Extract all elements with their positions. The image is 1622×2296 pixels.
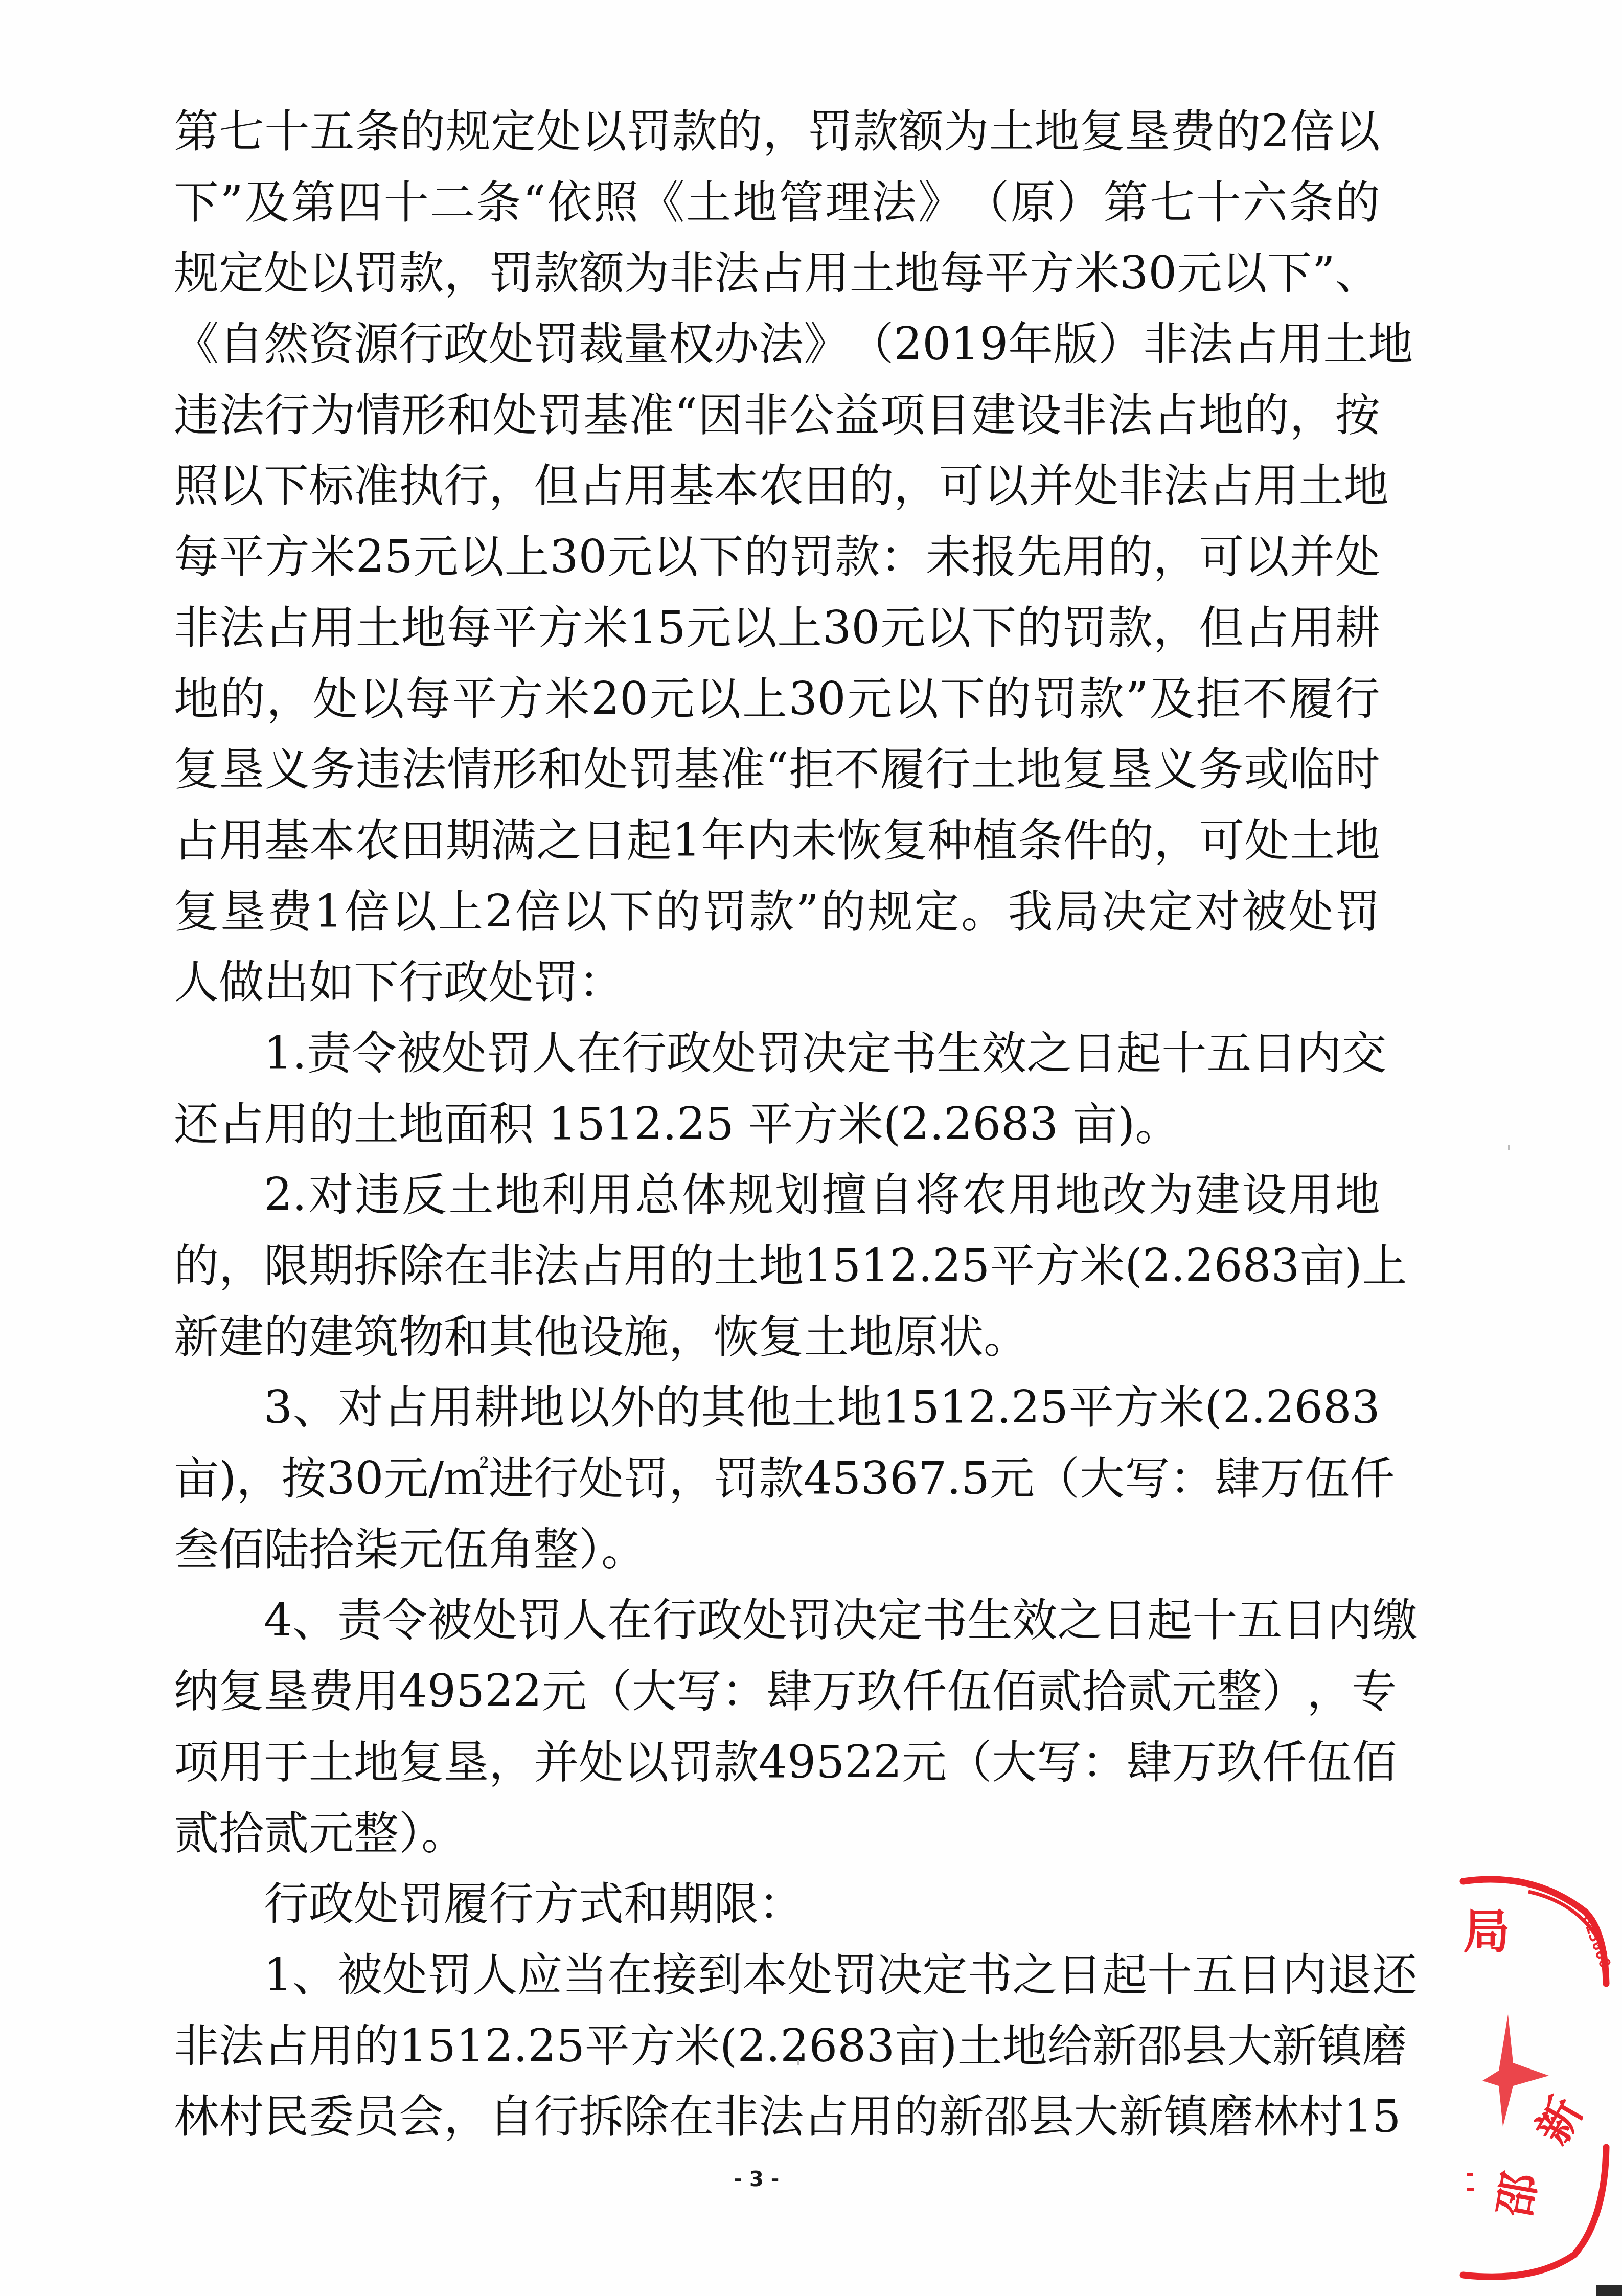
text-glyph: 用 xyxy=(310,593,355,664)
text-glyph: 林 xyxy=(1253,2081,1298,2152)
text-glyph: 每 xyxy=(405,664,450,735)
text-glyph: 2.2683 xyxy=(737,2011,895,2082)
text-glyph: 用 xyxy=(1062,521,1107,593)
text-glyph: 的 xyxy=(220,664,265,735)
text-glyph: 罚 xyxy=(702,876,747,947)
text-line: 第七十五条的规定处以罚款的，罚款额为土地复垦费的2倍以 xyxy=(174,96,1380,167)
text-glyph: 以 xyxy=(732,593,776,664)
text-glyph: 米 xyxy=(1075,238,1120,309)
text-glyph: 十 xyxy=(1147,1940,1192,2011)
text-glyph: 用 xyxy=(805,238,850,309)
text-glyph: 日 xyxy=(1282,1585,1327,1656)
text-glyph: 处 xyxy=(742,1585,787,1656)
text-glyph: 之 xyxy=(1026,1018,1071,1089)
text-glyph: 米 xyxy=(1080,1231,1125,1302)
text-glyph: 益 xyxy=(834,380,879,451)
text-glyph: 基 xyxy=(583,380,628,451)
text-glyph: 地 xyxy=(519,1372,564,1443)
text-glyph: 的 xyxy=(655,1372,700,1443)
text-glyph: 款 xyxy=(749,876,794,947)
text-glyph: 形 xyxy=(401,380,446,451)
text-glyph: 占 xyxy=(579,1231,624,1302)
text-glyph: ” xyxy=(1312,238,1335,309)
text-glyph: 或 xyxy=(1244,734,1289,805)
text-glyph: 地 xyxy=(1002,2011,1047,2082)
text-glyph: 准 xyxy=(354,450,399,521)
text-glyph: 政 xyxy=(667,1018,712,1089)
text-glyph: 用 xyxy=(1290,593,1335,664)
seal-char-xin: 新 xyxy=(1527,2089,1593,2152)
text-glyph: 地 xyxy=(895,238,940,309)
text-glyph: 款 xyxy=(759,1443,804,1514)
text-glyph: 原 xyxy=(1011,167,1056,238)
text-glyph: ， xyxy=(1290,380,1335,451)
text-glyph: ： xyxy=(1082,1727,1127,1798)
text-glyph: 公 xyxy=(789,380,834,451)
text-glyph: 准 xyxy=(629,380,674,451)
text-line: 照以下标准执行，但占用基本农田的，可以并处非法占用土地 xyxy=(174,450,1380,521)
text-glyph: 不 xyxy=(1242,664,1287,735)
text-glyph: 土 xyxy=(1290,805,1335,876)
text-glyph: 但 xyxy=(534,450,579,521)
text-glyph: 伍 xyxy=(947,1656,992,1727)
text-glyph: 处 xyxy=(536,96,581,167)
text-glyph: 3 xyxy=(264,1372,292,1443)
text-glyph: 处 xyxy=(579,1727,624,1798)
text-glyph: 方 xyxy=(498,664,543,735)
text-glyph: 罚 xyxy=(489,238,534,309)
text-glyph: 拆 xyxy=(354,1231,399,1302)
text-glyph: 资 xyxy=(309,309,354,380)
text-glyph: 设 xyxy=(1017,380,1062,451)
text-glyph: 30 xyxy=(789,664,846,735)
text-glyph: 法 xyxy=(219,593,264,664)
text-glyph: 定 xyxy=(491,96,536,167)
text-glyph: 下 xyxy=(264,450,309,521)
text-glyph: 法 xyxy=(759,2081,804,2152)
text-line: 占用基本农田期满之日起1年内未恢复种植条件的，可处土地 xyxy=(174,805,1380,876)
text-glyph: 应 xyxy=(517,1940,562,2011)
text-glyph: 罚 xyxy=(787,1585,832,1656)
text-glyph: 额 xyxy=(899,96,944,167)
text-glyph: 的 xyxy=(1108,521,1153,593)
text-glyph: 给 xyxy=(1047,2011,1092,2082)
text-glyph: 第 xyxy=(174,96,219,167)
text-glyph: 占 xyxy=(579,450,624,521)
text-glyph: 地 xyxy=(495,1160,540,1231)
text-glyph: 2 xyxy=(1261,96,1290,167)
text-glyph: 处 xyxy=(1073,450,1118,521)
text-glyph: 的 xyxy=(820,876,865,947)
text-glyph: 下 xyxy=(1267,238,1312,309)
text-glyph: 以 xyxy=(219,450,264,521)
text-glyph: 罚 xyxy=(789,521,834,593)
text-glyph: 行 xyxy=(622,1018,667,1089)
text-glyph: 平 xyxy=(219,521,264,593)
text-glyph: 农 xyxy=(962,1160,1007,1231)
text-glyph: 日 xyxy=(1251,1018,1296,1089)
text-glyph: 地 xyxy=(759,1231,804,1302)
text-glyph: 决 xyxy=(832,1585,877,1656)
text-glyph: 仟 xyxy=(1350,1443,1395,1514)
text-glyph: 耕 xyxy=(1335,593,1380,664)
text-glyph: 平 xyxy=(452,664,497,735)
text-glyph: 村 xyxy=(219,2081,264,2152)
text-glyph: 基 xyxy=(669,450,714,521)
text-glyph: 用 xyxy=(429,1372,474,1443)
document-page: 第七十五条的规定处以罚款的，罚款额为土地复垦费的2倍以下”及第四十二条“依照《土… xyxy=(0,0,1622,2296)
text-glyph: 非 xyxy=(743,380,788,451)
scan-speck xyxy=(797,2060,799,2065)
text-glyph: 可 xyxy=(1199,521,1244,593)
text-glyph: 处 xyxy=(442,1018,487,1089)
text-glyph: 违 xyxy=(174,380,219,451)
text-glyph: 以 xyxy=(1244,521,1289,593)
text-glyph: 本 xyxy=(742,1940,787,2011)
text-glyph: 人 xyxy=(532,1018,577,1089)
text-glyph: 日 xyxy=(1102,1585,1147,1656)
text-glyph: 自 xyxy=(869,1160,913,1231)
text-glyph: 以 xyxy=(309,238,354,309)
text-glyph: 新 xyxy=(1272,2011,1317,2082)
text-glyph: 25 xyxy=(356,521,413,593)
text-glyph: 地 xyxy=(733,167,778,238)
text-glyph: 项 xyxy=(880,380,925,451)
text-glyph: 49522 xyxy=(399,1656,542,1727)
text-glyph: 处 xyxy=(579,1443,624,1514)
text-glyph: 定 xyxy=(914,876,959,947)
text-glyph: 地 xyxy=(1017,734,1062,805)
text-glyph: ( xyxy=(1205,1372,1222,1443)
text-glyph: 法 xyxy=(219,2011,264,2082)
text-glyph: 1. xyxy=(264,1018,307,1089)
text-glyph: 会 xyxy=(399,2081,444,2152)
text-glyph: 体 xyxy=(682,1160,727,1231)
text-glyph: 款 xyxy=(672,96,717,167)
text-glyph: 行 xyxy=(1335,664,1380,735)
text-glyph: 30 xyxy=(823,593,880,664)
text-glyph: 务 xyxy=(310,734,355,805)
text-glyph: 定 xyxy=(922,1940,967,2011)
text-glyph: 第 xyxy=(1103,167,1148,238)
text-glyph: 令 xyxy=(352,1018,397,1089)
text-glyph: 自 xyxy=(489,2081,534,2152)
text-glyph: 非 xyxy=(1118,450,1163,521)
text-glyph: ， xyxy=(1154,805,1199,876)
text-glyph: 用 xyxy=(1253,450,1298,521)
text-glyph: （ xyxy=(1035,1443,1080,1514)
text-glyph: ， xyxy=(219,1231,264,1302)
text-glyph: 款 xyxy=(1108,593,1153,664)
text-glyph: 以 xyxy=(624,1727,669,1798)
text-glyph: 方 xyxy=(630,2011,675,2082)
text-glyph: 生 xyxy=(936,1018,981,1089)
text-glyph: 方 xyxy=(265,521,310,593)
text-glyph: 邵 xyxy=(1137,2011,1182,2082)
text-glyph: 规 xyxy=(867,876,912,947)
text-glyph: 县 xyxy=(1029,2081,1073,2152)
text-glyph: 大 xyxy=(1080,1443,1125,1514)
text-glyph: 义 xyxy=(265,734,310,805)
text-glyph: 土 xyxy=(1298,450,1343,521)
text-glyph: 新 xyxy=(939,2081,984,2152)
text-glyph: 佰 xyxy=(1352,1727,1397,1798)
text-glyph: 的 xyxy=(655,876,700,947)
text-glyph: 罚 xyxy=(757,1018,802,1089)
text-glyph: 建 xyxy=(1195,1160,1240,1231)
text-glyph: 但 xyxy=(1199,593,1244,664)
text-glyph: 肆 xyxy=(1215,1443,1260,1514)
text-glyph: 地 xyxy=(1199,380,1244,451)
text-glyph: 处 xyxy=(787,1940,832,2011)
text-line: 1、被处罚人应当在接到本处罚决定书之日起十五日内退还 xyxy=(174,1940,1380,2011)
text-glyph: 和 xyxy=(447,380,492,451)
text-glyph: 年 xyxy=(701,805,746,876)
text-glyph: 元 xyxy=(990,1443,1035,1514)
text-glyph: 》 xyxy=(804,309,849,380)
text-glyph: ( xyxy=(1125,1231,1142,1302)
text-glyph: 亩 xyxy=(895,2011,940,2082)
text-glyph: 决 xyxy=(877,1940,922,2011)
text-glyph: 法 xyxy=(1108,380,1153,451)
text-glyph: / xyxy=(428,1443,444,1514)
text-glyph: 的 xyxy=(1335,167,1380,238)
text-glyph: 复 xyxy=(882,805,927,876)
text-glyph: 并 xyxy=(534,1727,579,1798)
text-glyph: 恢 xyxy=(837,805,882,876)
text-glyph: 以 xyxy=(696,664,741,735)
text-glyph: 万 xyxy=(812,1656,857,1727)
text-glyph: 十 xyxy=(1196,167,1241,238)
text-glyph: （ xyxy=(964,167,1009,238)
text-glyph: 每 xyxy=(447,593,492,664)
text-line: 1.责令被处罚人在行政处罚决定书生效之日起十五日内交 xyxy=(174,1018,1380,1089)
text-glyph: 每 xyxy=(174,521,219,593)
text-glyph: ， xyxy=(1153,593,1198,664)
text-glyph: 土 xyxy=(971,734,1016,805)
text-glyph: 处 xyxy=(1288,876,1333,947)
text-glyph: 按 xyxy=(1335,380,1380,451)
text-glyph: 大 xyxy=(1227,2011,1272,2082)
text-glyph: 农 xyxy=(355,805,400,876)
text-glyph: 先 xyxy=(1017,521,1062,593)
text-glyph: 贰 xyxy=(1127,1656,1172,1727)
text-line: 还占用的土地面积 1512.25 平方米(2.2683 亩)。 xyxy=(174,1089,1380,1160)
text-glyph: 法 xyxy=(1188,309,1233,380)
text-glyph: 满 xyxy=(491,805,536,876)
text-glyph: 上 xyxy=(1362,1231,1407,1302)
text-glyph: 源 xyxy=(354,309,399,380)
text-glyph: 元 xyxy=(686,593,731,664)
text-glyph: 土 xyxy=(714,1231,759,1302)
text-glyph: 罚 xyxy=(624,1443,669,1514)
text-glyph: 决 xyxy=(1101,876,1146,947)
text-glyph: 款 xyxy=(1079,664,1124,735)
text-glyph: 地 xyxy=(837,1372,882,1443)
text-glyph: 罚 xyxy=(808,96,853,167)
text-glyph: 为 xyxy=(310,380,355,451)
text-glyph: 1 xyxy=(264,1940,292,2011)
text-glyph: ， xyxy=(489,450,534,521)
text-glyph: 然 xyxy=(264,309,309,380)
text-line: 贰拾贰元整）。 xyxy=(174,1798,1380,1869)
text-glyph: 因 xyxy=(698,380,743,451)
text-glyph: 款 xyxy=(714,1727,759,1798)
text-line: 的，限期拆除在非法占用的土地1512.25平方米(2.2683亩)上 xyxy=(174,1231,1380,1302)
text-glyph: 元 xyxy=(542,1656,587,1727)
text-glyph: 第 xyxy=(291,167,336,238)
text-glyph: 之 xyxy=(1012,1940,1057,2011)
text-glyph: 条 xyxy=(1289,167,1334,238)
text-glyph: 元 xyxy=(902,1727,947,1798)
text-glyph: 内 xyxy=(1282,1940,1327,2011)
text-glyph: （ xyxy=(587,1656,632,1727)
text-glyph: 元 xyxy=(1177,238,1222,309)
text-line: 人做出如下行政处罚： xyxy=(174,947,1380,1018)
text-glyph: ， xyxy=(1153,521,1198,593)
text-glyph: 处 xyxy=(583,734,628,805)
text-glyph: 形 xyxy=(492,734,537,805)
text-glyph: 以 xyxy=(391,876,436,947)
text-line: 下”及第四十二条“依照《土地管理法》（原）第七十六条的 xyxy=(174,167,1380,238)
text-glyph: 日 xyxy=(1071,1018,1116,1089)
text-glyph: 处 xyxy=(472,1585,517,1656)
text-glyph: 、 xyxy=(1335,238,1380,309)
text-glyph: 版 xyxy=(1053,309,1098,380)
text-glyph: 的 xyxy=(1216,96,1261,167)
text-glyph: ， xyxy=(266,664,311,735)
text-glyph: 垦 xyxy=(1108,734,1153,805)
text-glyph: 平 xyxy=(1069,1372,1114,1443)
text-glyph: 非 xyxy=(1143,309,1188,380)
text-glyph: 林 xyxy=(174,2081,219,2152)
text-line: 叁佰陆拾柒元伍角整）。 xyxy=(174,1514,1380,1585)
text-line: 2.对违反土地利用总体规划擅自将农用地改为建设用地 xyxy=(174,1160,1380,1231)
text-glyph: 日 xyxy=(581,805,626,876)
text-glyph: 外 xyxy=(610,1372,655,1443)
text-glyph: 务 xyxy=(1199,734,1244,805)
text-glyph: 的 xyxy=(1017,593,1062,664)
text-glyph: （ xyxy=(947,1727,992,1798)
text-glyph: 上 xyxy=(505,521,550,593)
text-glyph: ( xyxy=(720,2011,737,2082)
text-glyph: 万 xyxy=(1260,1443,1305,1514)
text-glyph: 件 xyxy=(1063,805,1108,876)
text-glyph: ， xyxy=(669,1443,714,1514)
text-glyph: 年 xyxy=(1008,309,1053,380)
text-glyph: “ xyxy=(765,734,788,805)
text-glyph: 执 xyxy=(399,450,444,521)
text-glyph: 的 xyxy=(894,2081,939,2152)
text-glyph: 擅 xyxy=(822,1160,867,1231)
text-glyph: 下 xyxy=(971,593,1016,664)
text-glyph: ： xyxy=(880,521,925,593)
text-glyph: 的 xyxy=(986,664,1031,735)
text-glyph: 临 xyxy=(1290,734,1335,805)
text-glyph: 肆 xyxy=(767,1656,812,1727)
text-glyph: 起 xyxy=(1147,1585,1192,1656)
text-glyph: 违 xyxy=(355,1160,400,1231)
text-glyph: 的 xyxy=(1109,805,1154,876)
text-glyph: ) xyxy=(1344,1231,1362,1302)
text-glyph: 土 xyxy=(448,1160,493,1231)
text-glyph: 平 xyxy=(985,238,1030,309)
text-glyph: 责 xyxy=(337,1585,382,1656)
text-glyph: 内 xyxy=(1296,1018,1341,1089)
text-glyph: 15 xyxy=(1343,2081,1401,2152)
text-glyph: 用 xyxy=(624,450,669,521)
text-glyph: 地 xyxy=(1335,1160,1380,1231)
text-glyph: 以 xyxy=(984,450,1029,521)
text-glyph: 可 xyxy=(939,450,984,521)
text-glyph: 处 xyxy=(1335,521,1380,593)
text-glyph: 准 xyxy=(720,734,765,805)
text-glyph: 在 xyxy=(607,1585,652,1656)
text-glyph: ， xyxy=(1307,1656,1352,1727)
text-glyph: 内 xyxy=(1327,1585,1372,1656)
text-glyph: 管 xyxy=(779,167,824,238)
text-glyph: 罚 xyxy=(534,309,579,380)
text-glyph: 占 xyxy=(383,1372,428,1443)
text-glyph: 在 xyxy=(577,1018,622,1089)
text-line-content: 新建的建筑物和其他设施，恢复土地原状。 xyxy=(174,1302,1029,1373)
text-glyph: 未 xyxy=(792,805,837,876)
text-glyph: 49522 xyxy=(759,1727,902,1798)
text-line: 违法行为情形和处罚基准“因非公益项目建设非法占地的，按 xyxy=(174,380,1380,451)
text-glyph: 罚 xyxy=(714,1443,759,1514)
text-glyph: 米 xyxy=(583,593,628,664)
text-glyph: 30 xyxy=(1120,238,1177,309)
text-glyph: 行 xyxy=(444,450,489,521)
text-glyph: 缴 xyxy=(1372,1585,1417,1656)
text-glyph: 七 xyxy=(1150,167,1195,238)
text-glyph: 除 xyxy=(399,1231,444,1302)
text-glyph: ） xyxy=(1057,167,1102,238)
text-glyph: 并 xyxy=(1290,521,1335,593)
text-glyph: 大 xyxy=(1073,2081,1118,2152)
text-glyph: ， xyxy=(763,96,808,167)
text-glyph: 上 xyxy=(742,664,787,735)
text-glyph: 以 xyxy=(926,593,971,664)
text-glyph: 复 xyxy=(174,876,219,947)
text-glyph: 未 xyxy=(926,521,971,593)
text-glyph: 以 xyxy=(1335,96,1380,167)
text-glyph: 伍 xyxy=(1305,1443,1350,1514)
text-glyph: 专 xyxy=(1352,1656,1397,1727)
text-glyph: 十 xyxy=(383,167,428,238)
text-glyph: 依 xyxy=(547,167,592,238)
text-glyph: 被 xyxy=(427,1585,472,1656)
text-glyph: 拒 xyxy=(789,734,834,805)
text-glyph: 耕 xyxy=(474,1372,519,1443)
text-glyph: 额 xyxy=(579,238,624,309)
text-glyph: 情 xyxy=(356,380,401,451)
text-glyph: 每 xyxy=(940,238,985,309)
text-glyph: 镇 xyxy=(1317,2011,1362,2082)
text-glyph: 玖 xyxy=(1217,1727,1262,1798)
text-glyph: 土 xyxy=(792,1372,837,1443)
text-line: 亩)，按30元/㎡进行处罚，罚款45367.5元（大写：肆万伍仟 xyxy=(174,1443,1380,1514)
text-line-content: 人做出如下行政处罚： xyxy=(174,947,624,1018)
text-glyph: 被 xyxy=(337,1940,382,2011)
text-glyph: 地 xyxy=(401,593,446,664)
text-glyph: 及 xyxy=(244,167,289,238)
text-line: 项用于土地复垦，并处以罚款49522元（大写：肆万玖仟伍佰 xyxy=(174,1727,1380,1798)
text-glyph: 垦 xyxy=(219,734,264,805)
text-glyph: 七 xyxy=(219,96,264,167)
text-glyph: 用 xyxy=(849,2081,894,2152)
text-glyph: 占 xyxy=(265,593,310,664)
